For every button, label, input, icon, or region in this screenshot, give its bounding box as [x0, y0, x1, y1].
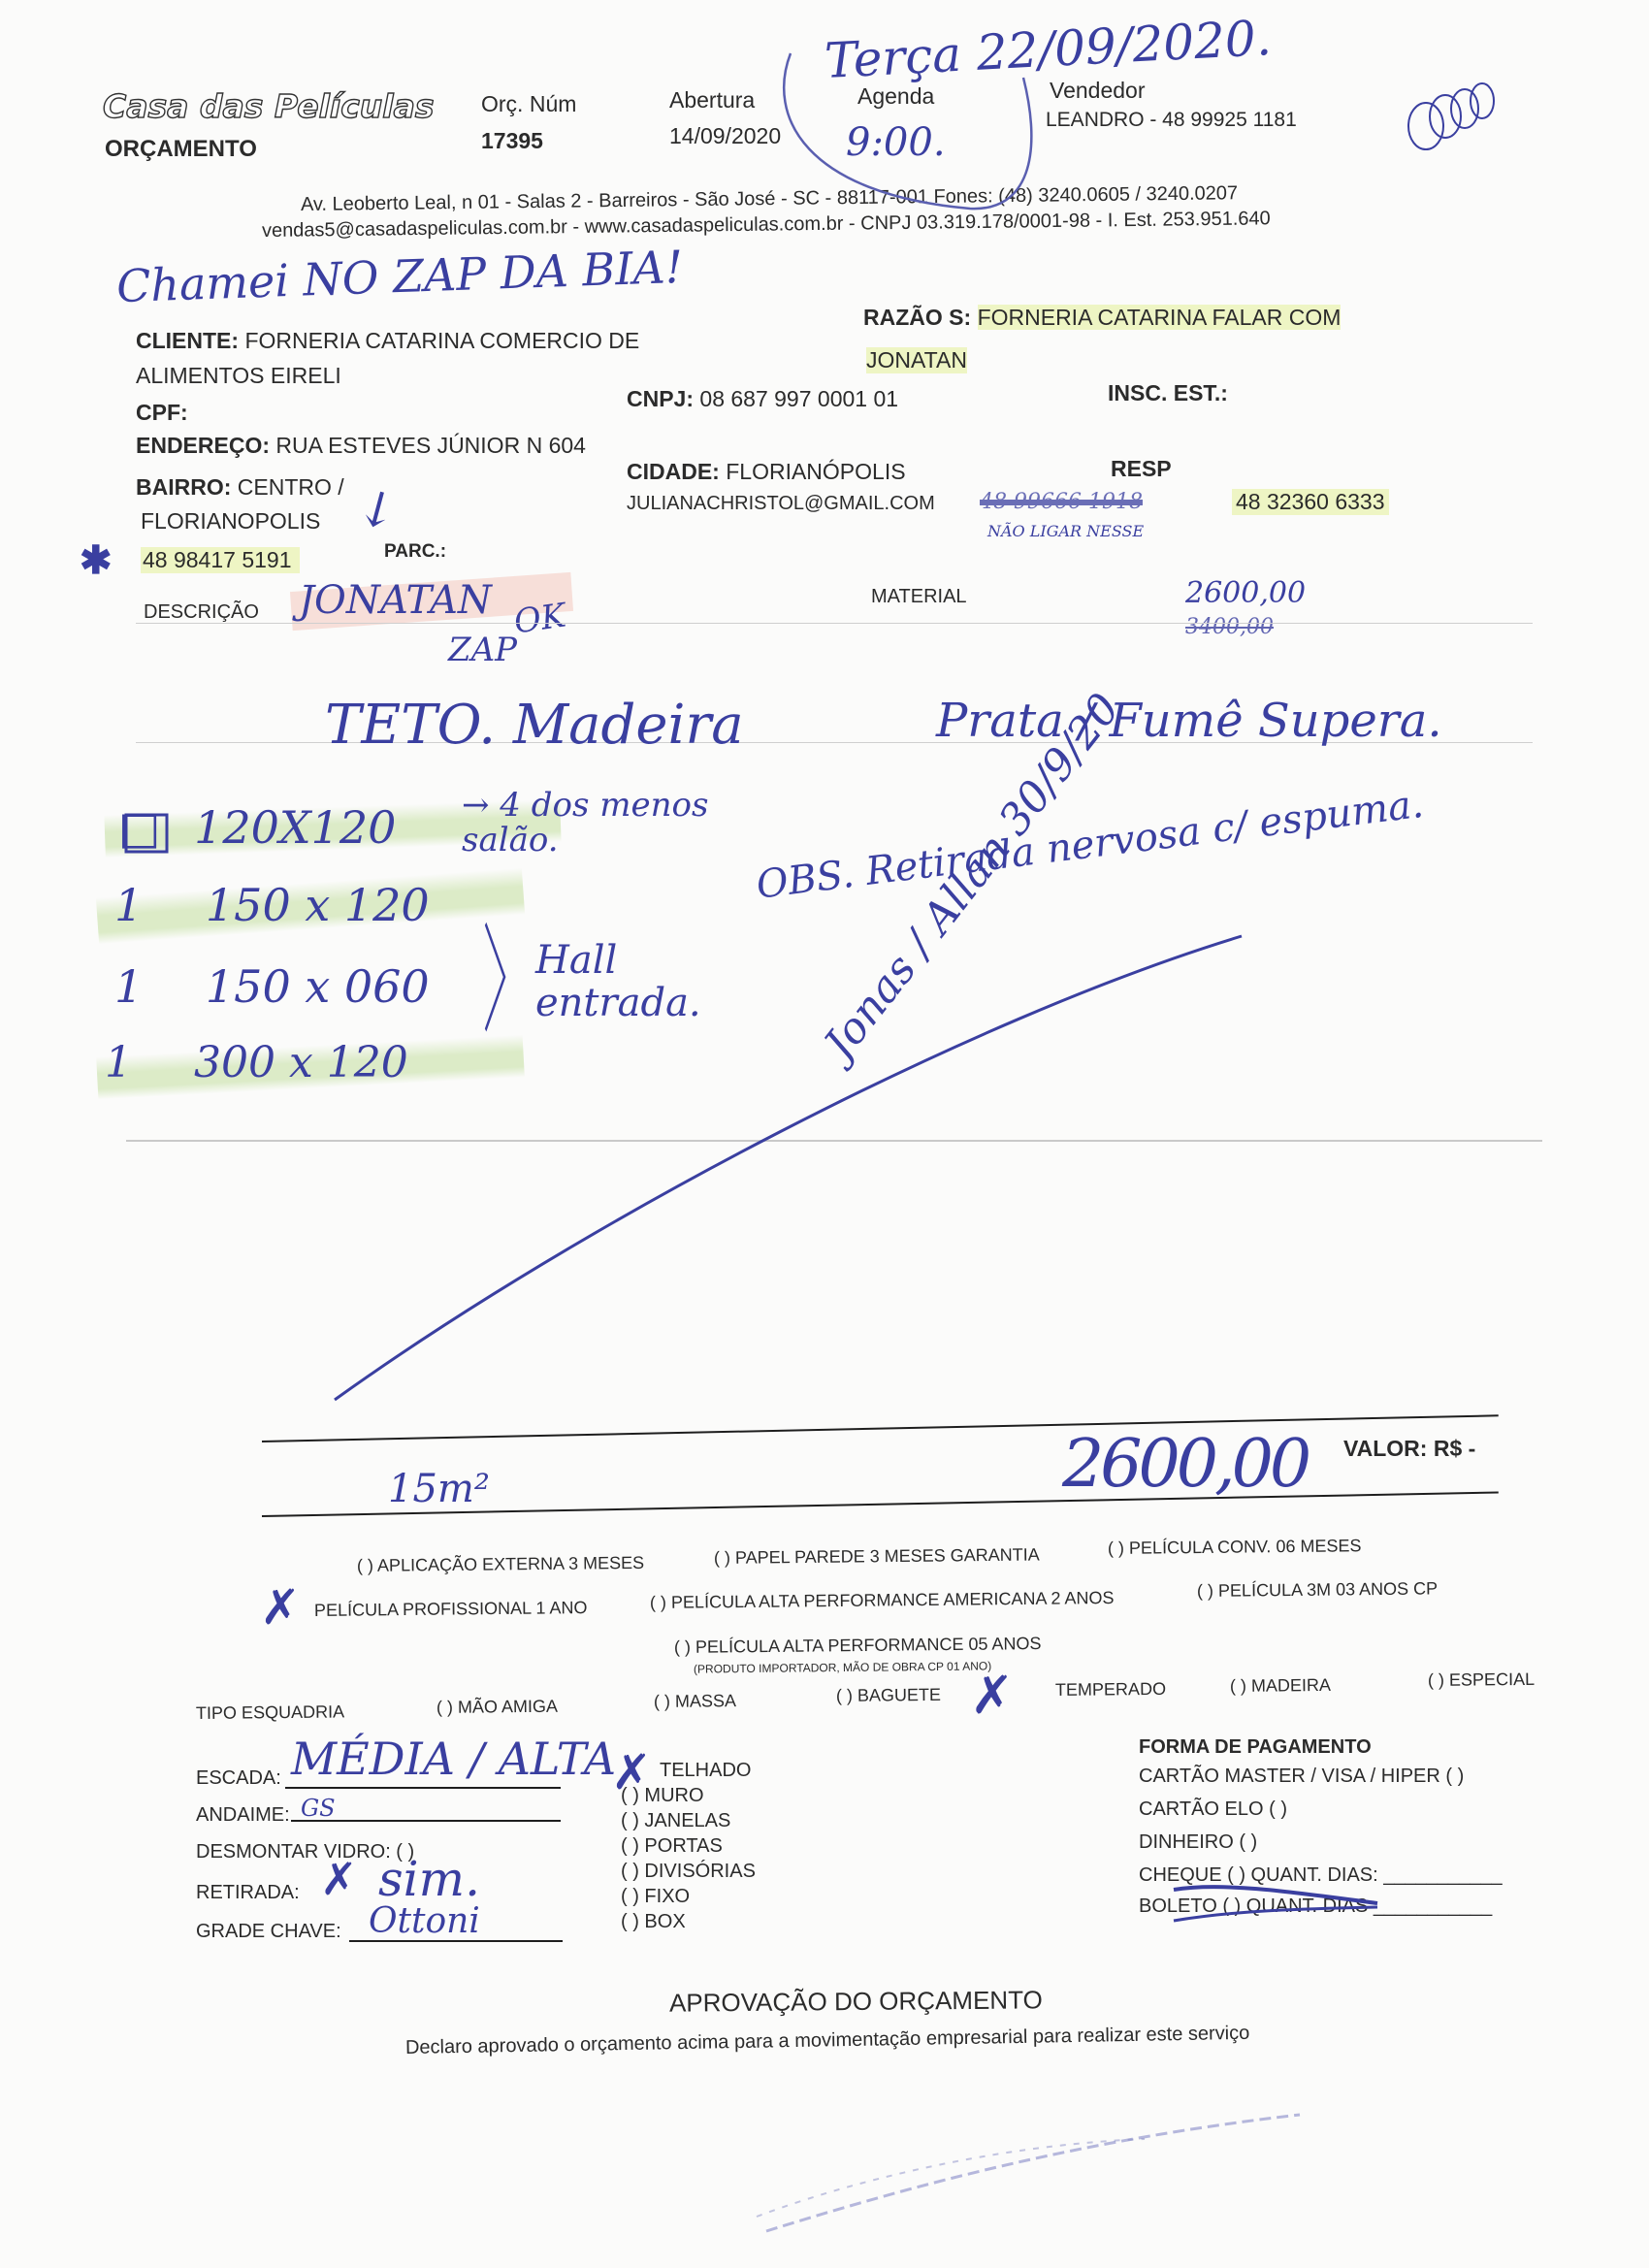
desc-handwritten-name: JONATAN [299, 578, 492, 623]
checkmark-x-icon: ✗ [970, 1665, 1014, 1726]
item-note: Hall entrada. [535, 939, 700, 1024]
phone-main: 48 98417 5191 [141, 547, 300, 573]
vendedor-value: LEANDRO - 48 99925 1181 [1046, 109, 1297, 132]
parc-label: PARC.: [384, 541, 446, 563]
scribble-icon [1408, 83, 1494, 149]
esquadria-label: TIPO ESQUADRIA [196, 1701, 344, 1724]
esquadria-madeira[interactable]: ( ) MADEIRA [1230, 1675, 1331, 1697]
location-divisorias[interactable]: ( ) DIVISÓRIAS [621, 1861, 756, 1883]
option-pelicula-3m[interactable]: ( ) PELÍCULA 3M 03 ANOS CP [1197, 1578, 1438, 1602]
bairro-value-line2: FLORIANOPOLIS [141, 508, 320, 535]
razao-label: RAZÃO S: [863, 305, 971, 330]
grade-chave-label: GRADE CHAVE: [196, 1921, 341, 1943]
payment-cartao-elo[interactable]: CARTÃO ELO ( ) [1139, 1798, 1287, 1821]
email-value: JULIANACHRISTOL@GMAIL.COM [627, 493, 935, 515]
vendedor-label: Vendedor [1050, 78, 1145, 104]
phone-struck: 48 99666 1918 [980, 490, 1143, 514]
asterisk-mark-icon: ✱ [80, 537, 113, 583]
arrow-mark-icon: ↙ [345, 473, 408, 542]
item-size: 150 x 120 [206, 879, 430, 931]
item-qty: 1 [114, 960, 143, 1013]
approval-text: Declaro aprovado o orçamento acima para … [405, 2023, 1250, 2059]
option-pelicula-profissional[interactable]: PELÍCULA PROFISSIONAL 1 ANO [314, 1598, 588, 1621]
item-row: □ 120X120 [118, 801, 396, 854]
agenda-label: Agenda [857, 83, 934, 110]
line-divider [136, 623, 1533, 624]
item-qty: 1 [114, 879, 143, 931]
payment-cheque[interactable]: CHEQUE ( ) QUANT. DIAS: ___________ [1139, 1864, 1503, 1887]
material-value-struck: 3400,00 [1185, 615, 1274, 639]
desc-handwritten-ok: OK [511, 596, 567, 641]
item-row: 1 150 x 060 [114, 960, 430, 1013]
payment-cartao-master[interactable]: CARTÃO MASTER / VISA / HIPER ( ) [1139, 1766, 1464, 1788]
abertura-date: 14/09/2020 [669, 123, 781, 149]
cnpj-value: 08 687 997 0001 01 [699, 386, 898, 411]
bairro-label: BAIRRO: [136, 474, 231, 500]
line-teto: TETO. Madeira [325, 694, 744, 757]
location-janelas[interactable]: ( ) JANELAS [621, 1810, 730, 1832]
cidade-field: CIDADE: FLORIANÓPOLIS [627, 459, 906, 485]
esquadria-massa[interactable]: ( ) MASSA [654, 1691, 736, 1712]
location-box[interactable]: ( ) BOX [621, 1911, 686, 1933]
option-alta-performance-05[interactable]: ( ) PELÍCULA ALTA PERFORMANCE 05 ANOS [674, 1634, 1042, 1658]
handwritten-note-top: Chamei NO ZAP DA BIA! [115, 241, 684, 312]
orc-num-label: Orç. Núm [481, 91, 576, 117]
payment-boleto[interactable]: BOLETO ( ) QUANT. DIAS ___________ [1139, 1895, 1492, 1918]
cnpj-field: CNPJ: 08 687 997 0001 01 [627, 386, 898, 412]
line-film: Prata / Fumê Supera. [936, 694, 1442, 748]
payment-dinheiro[interactable]: DINHEIRO ( ) [1139, 1831, 1257, 1854]
esquadria-temperado[interactable]: TEMPERADO [1055, 1679, 1166, 1701]
andaime-label: ANDAIME: [196, 1804, 290, 1827]
valor-label: VALOR: R$ - [1343, 1436, 1475, 1462]
esquadria-especial[interactable]: ( ) ESPECIAL [1428, 1669, 1535, 1691]
retirada-label: RETIRADA: [196, 1882, 300, 1904]
fold-line [126, 1140, 1542, 1142]
andaime-value[interactable]: GS [301, 1795, 336, 1822]
approval-title: APROVAÇÃO DO ORÇAMENTO [669, 1985, 1043, 2018]
razao-value-line2: JONATAN [866, 347, 967, 373]
item-size: 300 x 120 [194, 1038, 408, 1087]
line-divider [262, 1414, 1499, 1442]
valor-handwritten: 2600,00 [1062, 1426, 1308, 1503]
bairro-field: BAIRRO: CENTRO / [136, 474, 344, 501]
endereco-field: ENDEREÇO: RUA ESTEVES JÚNIOR N 604 [136, 433, 586, 459]
location-fixo[interactable]: ( ) FIXO [621, 1886, 690, 1908]
descricao-label: DESCRIÇÃO [144, 601, 259, 624]
retirada-value[interactable]: sim. [378, 1851, 480, 1907]
bairro-value-line1: CENTRO / [238, 474, 344, 500]
agenda-handwritten-time: 9:00. [846, 120, 946, 165]
cnpj-label: CNPJ: [627, 386, 694, 411]
item-qty: 1 [105, 1038, 132, 1087]
option-alta-performance-05-sub: (PRODUTO IMPORTADOR, MÃO DE OBRA CP 01 A… [694, 1659, 991, 1675]
item-row: 1 150 x 120 [114, 879, 430, 931]
obs-note: OBS. Retirada nervosa c/ espuma. [754, 782, 1426, 908]
endereco-value: RUA ESTEVES JÚNIOR N 604 [275, 433, 586, 458]
cpf-label: CPF: [136, 400, 188, 426]
cliente-value-line1: FORNERIA CATARINA COMERCIO DE [244, 328, 639, 353]
orc-num: 17395 [481, 128, 543, 154]
razao-value-line1: FORNERIA CATARINA FALAR COM [978, 305, 1342, 330]
location-muro[interactable]: ( ) MURO [621, 1785, 704, 1807]
item-size: 150 x 060 [206, 960, 430, 1013]
payment-title: FORMA DE PAGAMENTO [1139, 1736, 1372, 1759]
brand-logo: Casa das Películas [103, 87, 435, 125]
escada-value[interactable]: MÉDIA / ALTA [291, 1733, 616, 1785]
cliente-label: CLIENTE: [136, 328, 239, 353]
cliente-field: CLIENTE: FORNERIA CATARINA COMERCIO DE [136, 328, 639, 354]
checkmark-x-icon: ✗ [320, 1853, 358, 1905]
option-alta-performance-americana[interactable]: ( ) PELÍCULA ALTA PERFORMANCE AMERICANA … [650, 1588, 1115, 1613]
doc-type: ORÇAMENTO [105, 136, 257, 163]
escada-label: ESCADA: [196, 1767, 281, 1790]
cidade-label: CIDADE: [627, 459, 720, 484]
item-note: → 4 dos menos salão. [462, 788, 753, 858]
desc-handwritten-zap: ZAP [448, 631, 517, 669]
checkmark-x-icon: ✗ [260, 1579, 301, 1636]
abertura-label: Abertura [669, 87, 755, 113]
phone-alt: 48 32360 6333 [1232, 489, 1389, 515]
option-aplicacao-externa[interactable]: ( ) APLICAÇÃO EXTERNA 3 MESES [357, 1553, 644, 1576]
item-row: 1 300 x 120 [105, 1038, 408, 1087]
phone-struck-note: NÃO LIGAR NESSE [987, 522, 1144, 540]
esquadria-mao-amiga[interactable]: ( ) MÃO AMIGA [436, 1697, 558, 1718]
item-size: 120X120 [194, 801, 396, 854]
area-value: 15m² [388, 1467, 490, 1511]
resp-label: RESP [1111, 456, 1172, 482]
agenda-handwritten-date: Terça 22/09/2020. [824, 10, 1273, 89]
option-pelicula-conv[interactable]: ( ) PELÍCULA CONV. 06 MESES [1108, 1536, 1362, 1559]
razao-field: RAZÃO S: FORNERIA CATARINA FALAR COM [863, 305, 1341, 331]
cidade-value: FLORIANÓPOLIS [726, 459, 905, 484]
option-papel-parede[interactable]: ( ) PAPEL PAREDE 3 MESES GARANTIA [714, 1544, 1040, 1569]
brace-icon: 〉 [483, 889, 532, 1056]
esquadria-baguete[interactable]: ( ) BAGUETE [836, 1685, 941, 1706]
item-qty: □ [118, 801, 160, 854]
location-portas[interactable]: ( ) PORTAS [621, 1835, 723, 1858]
endereco-label: ENDEREÇO: [136, 433, 270, 458]
insc-est-label: INSC. EST.: [1108, 380, 1228, 406]
escada-underline [285, 1787, 561, 1789]
material-label: MATERIAL [871, 586, 967, 608]
location-telhado[interactable]: TELHADO [660, 1760, 751, 1782]
cliente-value-line2: ALIMENTOS EIRELI [136, 363, 341, 389]
grade-chave-signature: Ottoni [369, 1901, 480, 1941]
material-value: 2600,00 [1185, 576, 1306, 610]
